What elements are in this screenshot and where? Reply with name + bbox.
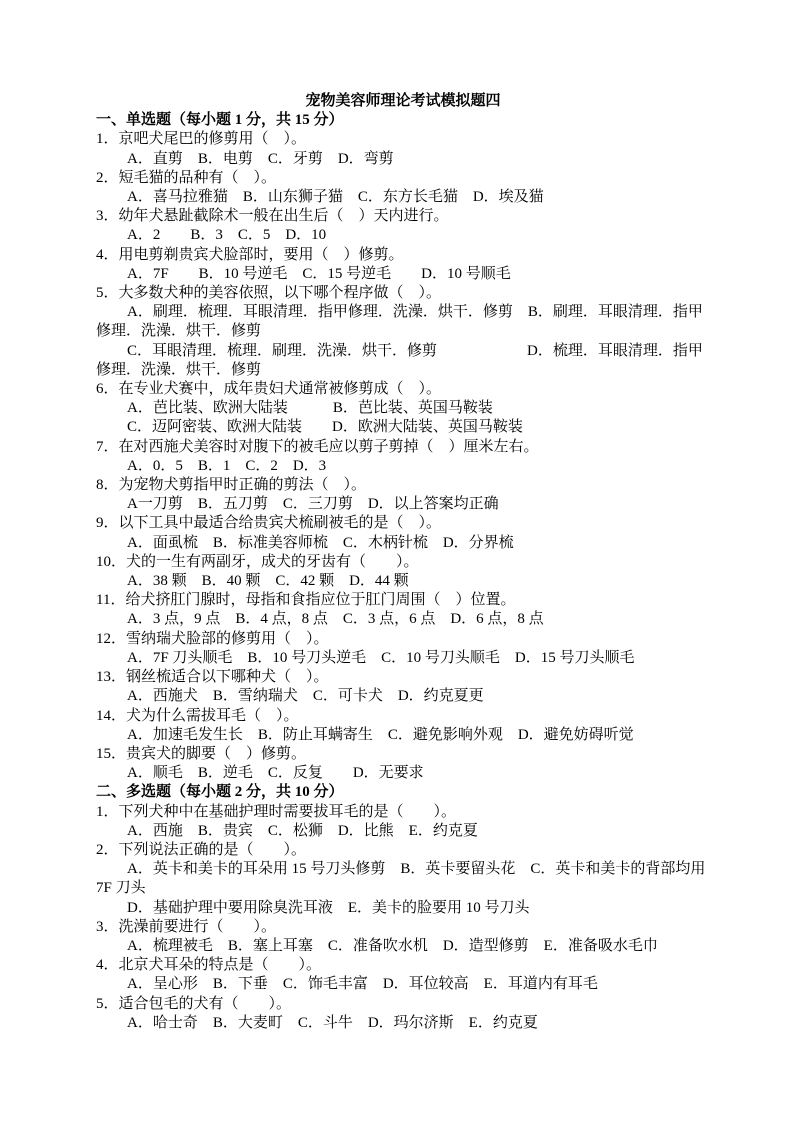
question-stem: 1．下列犬种中在基础护理时需要拔耳毛的是（ ）。 xyxy=(96,803,710,822)
question: 6．在专业犬赛中，成年贵妇犬通常被修剪成（ ）。 A．芭比装、欧洲大陆装 B．芭… xyxy=(96,380,710,438)
question-stem: 3．幼年犬悬趾截除术一般在出生后（ ）天内进行。 xyxy=(96,207,710,226)
question: 13．钢丝梳适合以下哪种犬（ ）。 A．西施犬 B．雪纳瑞犬 C．可卡犬 D．约… xyxy=(96,668,710,706)
question: 3．幼年犬悬趾截除术一般在出生后（ ）天内进行。 A．2 B．3 C．5 D．1… xyxy=(96,207,710,245)
question-stem: 5．适合包毛的犬有（ ）。 xyxy=(96,995,710,1014)
question-stem: 15．贵宾犬的脚要（ ）修剪。 xyxy=(96,745,710,764)
option-line: A．芭比装、欧洲大陆装 B．芭比装、英国马鞍装 xyxy=(96,399,710,418)
question-stem: 10．犬的一生有两副牙，成犬的牙齿有（ ）。 xyxy=(96,553,710,572)
question-stem: 5．大多数犬种的美容依照，以下哪个程序做（ ）。 xyxy=(96,284,710,303)
option-line: A．0．5 B．1 C．2 D．3 xyxy=(96,457,710,476)
option-line-continuation: 修理．洗澡．烘干．修剪 xyxy=(96,322,710,341)
question-stem: 3．洗澡前要进行（ ）。 xyxy=(96,918,710,937)
question-stem: 4．用电剪剃贵宾犬脸部时，要用（ ）修剪。 xyxy=(96,246,710,265)
option-line-continuation: 7F 刀头 xyxy=(96,879,710,898)
option-line: A．加速毛发生长 B．防止耳螨寄生 C．避免影响外观 D．避免妨碍听觉 xyxy=(96,726,710,745)
question-stem: 2．下列说法正确的是（ ）。 xyxy=(96,841,710,860)
section-heading: 二、多选题（每小题 2 分，共 10 分） xyxy=(96,783,710,802)
option-line: A．2 B．3 C．5 D．10 xyxy=(96,226,710,245)
option-line: A．7F B．10 号逆毛 C．15 号逆毛 D．10 号顺毛 xyxy=(96,265,710,284)
option-line: A．梳理被毛 B．塞上耳塞 C．准备吹水机 D．造型修剪 E．准备吸水毛巾 xyxy=(96,937,710,956)
option-line-continuation: 修理．洗澡．烘干．修剪 xyxy=(96,361,710,380)
option-line: C．耳眼清理．梳理．刷理．洗澡．烘干．修剪 D．梳理．耳眼清理．指甲 xyxy=(96,342,710,361)
option-line: C．迈阿密装、欧洲大陆装 D．欧洲大陆装、英国马鞍装 xyxy=(96,418,710,437)
question: 4．用电剪剃贵宾犬脸部时，要用（ ）修剪。 A．7F B．10 号逆毛 C．15… xyxy=(96,246,710,284)
question-stem: 13．钢丝梳适合以下哪种犬（ ）。 xyxy=(96,668,710,687)
question-stem: 9．以下工具中最适合给贵宾犬梳刷被毛的是（ ）。 xyxy=(96,514,710,533)
doc-title: 宠物美容师理论考试模拟题四 xyxy=(96,92,710,111)
question: 14．犬为什么需拔耳毛（ ）。 A．加速毛发生长 B．防止耳螨寄生 C．避免影响… xyxy=(96,707,710,745)
option-line: A．顺毛 B．逆毛 C．反复 D．无要求 xyxy=(96,764,710,783)
option-line: A．呈心形 B．下垂 C．饰毛丰富 D．耳位较高 E．耳道内有耳毛 xyxy=(96,975,710,994)
question: 1．下列犬种中在基础护理时需要拔耳毛的是（ ）。 A．西施 B．贵宾 C．松狮 … xyxy=(96,803,710,841)
section-multiple-choice: 二、多选题（每小题 2 分，共 10 分） 1．下列犬种中在基础护理时需要拔耳毛… xyxy=(96,783,710,1033)
question: 2．下列说法正确的是（ ）。 A．英卡和美卡的耳朵用 15 号刀头修剪 B．英卡… xyxy=(96,841,710,918)
question: 10．犬的一生有两副牙，成犬的牙齿有（ ）。 A．38 颗 B．40 颗 C．4… xyxy=(96,553,710,591)
question: 12．雪纳瑞犬脸部的修剪用（ ）。 A．7F 刀头顺毛 B．10 号刀头逆毛 C… xyxy=(96,630,710,668)
question: 2．短毛猫的品种有（ ）。 A．喜马拉雅猫 B．山东狮子猫 C．东方长毛猫 D．… xyxy=(96,169,710,207)
option-line: A．西施犬 B．雪纳瑞犬 C．可卡犬 D．约克夏更 xyxy=(96,687,710,706)
section-single-choice: 一、单选题（每小题 1 分，共 15 分） 1．京吧犬尾巴的修剪用（ ）。 A．… xyxy=(96,111,710,783)
option-line: A．38 颗 B．40 颗 C．42 颗 D．44 颗 xyxy=(96,572,710,591)
question-stem: 7．在对西施犬美容时对腹下的被毛应以剪子剪掉（ ）厘米左右。 xyxy=(96,438,710,457)
question: 7．在对西施犬美容时对腹下的被毛应以剪子剪掉（ ）厘米左右。 A．0．5 B．1… xyxy=(96,438,710,476)
question: 9．以下工具中最适合给贵宾犬梳刷被毛的是（ ）。 A．面虱梳 B．标准美容师梳 … xyxy=(96,514,710,552)
question: 5．大多数犬种的美容依照，以下哪个程序做（ ）。 A．刷理．梳理．耳眼清理．指甲… xyxy=(96,284,710,380)
question-stem: 12．雪纳瑞犬脸部的修剪用（ ）。 xyxy=(96,630,710,649)
option-line: A一刀剪 B．五刀剪 C．三刀剪 D．以上答案均正确 xyxy=(96,495,710,514)
option-line: A．哈士奇 B．大麦町 C．斗牛 D．玛尔济斯 E．约克夏 xyxy=(96,1014,710,1033)
option-line: A．直剪 B．电剪 C．牙剪 D．弯剪 xyxy=(96,150,710,169)
question-stem: 4．北京犬耳朵的特点是（ ）。 xyxy=(96,956,710,975)
question: 1．京吧犬尾巴的修剪用（ ）。 A．直剪 B．电剪 C．牙剪 D．弯剪 xyxy=(96,130,710,168)
option-line: A．面虱梳 B．标准美容师梳 C．木柄针梳 D．分界梳 xyxy=(96,534,710,553)
question-stem: 1．京吧犬尾巴的修剪用（ ）。 xyxy=(96,130,710,149)
option-line: A．喜马拉雅猫 B．山东狮子猫 C．东方长毛猫 D．埃及猫 xyxy=(96,188,710,207)
section-heading: 一、单选题（每小题 1 分，共 15 分） xyxy=(96,111,710,130)
option-line: A．英卡和美卡的耳朵用 15 号刀头修剪 B．英卡要留头花 C．英卡和美卡的背部… xyxy=(96,860,710,879)
option-line: A．西施 B．贵宾 C．松狮 D．比熊 E．约克夏 xyxy=(96,822,710,841)
question-stem: 2．短毛猫的品种有（ ）。 xyxy=(96,169,710,188)
option-line: A．刷理．梳理．耳眼清理．指甲修理．洗澡．烘干．修剪 B．刷理．耳眼清理．指甲 xyxy=(96,303,710,322)
option-line: D．基础护理中要用除臭洗耳液 E．美卡的脸要用 10 号刀头 xyxy=(96,899,710,918)
question-stem: 14．犬为什么需拔耳毛（ ）。 xyxy=(96,707,710,726)
question: 15．贵宾犬的脚要（ ）修剪。 A．顺毛 B．逆毛 C．反复 D．无要求 xyxy=(96,745,710,783)
question: 3．洗澡前要进行（ ）。 A．梳理被毛 B．塞上耳塞 C．准备吹水机 D．造型修… xyxy=(96,918,710,956)
question: 4．北京犬耳朵的特点是（ ）。 A．呈心形 B．下垂 C．饰毛丰富 D．耳位较高… xyxy=(96,956,710,994)
question: 5．适合包毛的犬有（ ）。 A．哈士奇 B．大麦町 C．斗牛 D．玛尔济斯 E．… xyxy=(96,995,710,1033)
question: 11．给犬挤肛门腺时，母指和食指应位于肛门周围（ ）位置。 A．3 点，9 点 … xyxy=(96,591,710,629)
exam-document-page: 宠物美容师理论考试模拟题四 一、单选题（每小题 1 分，共 15 分） 1．京吧… xyxy=(0,0,794,1123)
option-line: A．7F 刀头顺毛 B．10 号刀头逆毛 C．10 号刀头顺毛 D．15 号刀头… xyxy=(96,649,710,668)
question-stem: 11．给犬挤肛门腺时，母指和食指应位于肛门周围（ ）位置。 xyxy=(96,591,710,610)
question-stem: 8．为宠物犬剪指甲时正确的剪法（ ）。 xyxy=(96,476,710,495)
question-stem: 6．在专业犬赛中，成年贵妇犬通常被修剪成（ ）。 xyxy=(96,380,710,399)
document-content: 宠物美容师理论考试模拟题四 一、单选题（每小题 1 分，共 15 分） 1．京吧… xyxy=(96,92,710,1033)
question: 8．为宠物犬剪指甲时正确的剪法（ ）。 A一刀剪 B．五刀剪 C．三刀剪 D．以… xyxy=(96,476,710,514)
option-line: A．3 点，9 点 B．4 点，8 点 C．3 点，6 点 D．6 点，8 点 xyxy=(96,610,710,629)
